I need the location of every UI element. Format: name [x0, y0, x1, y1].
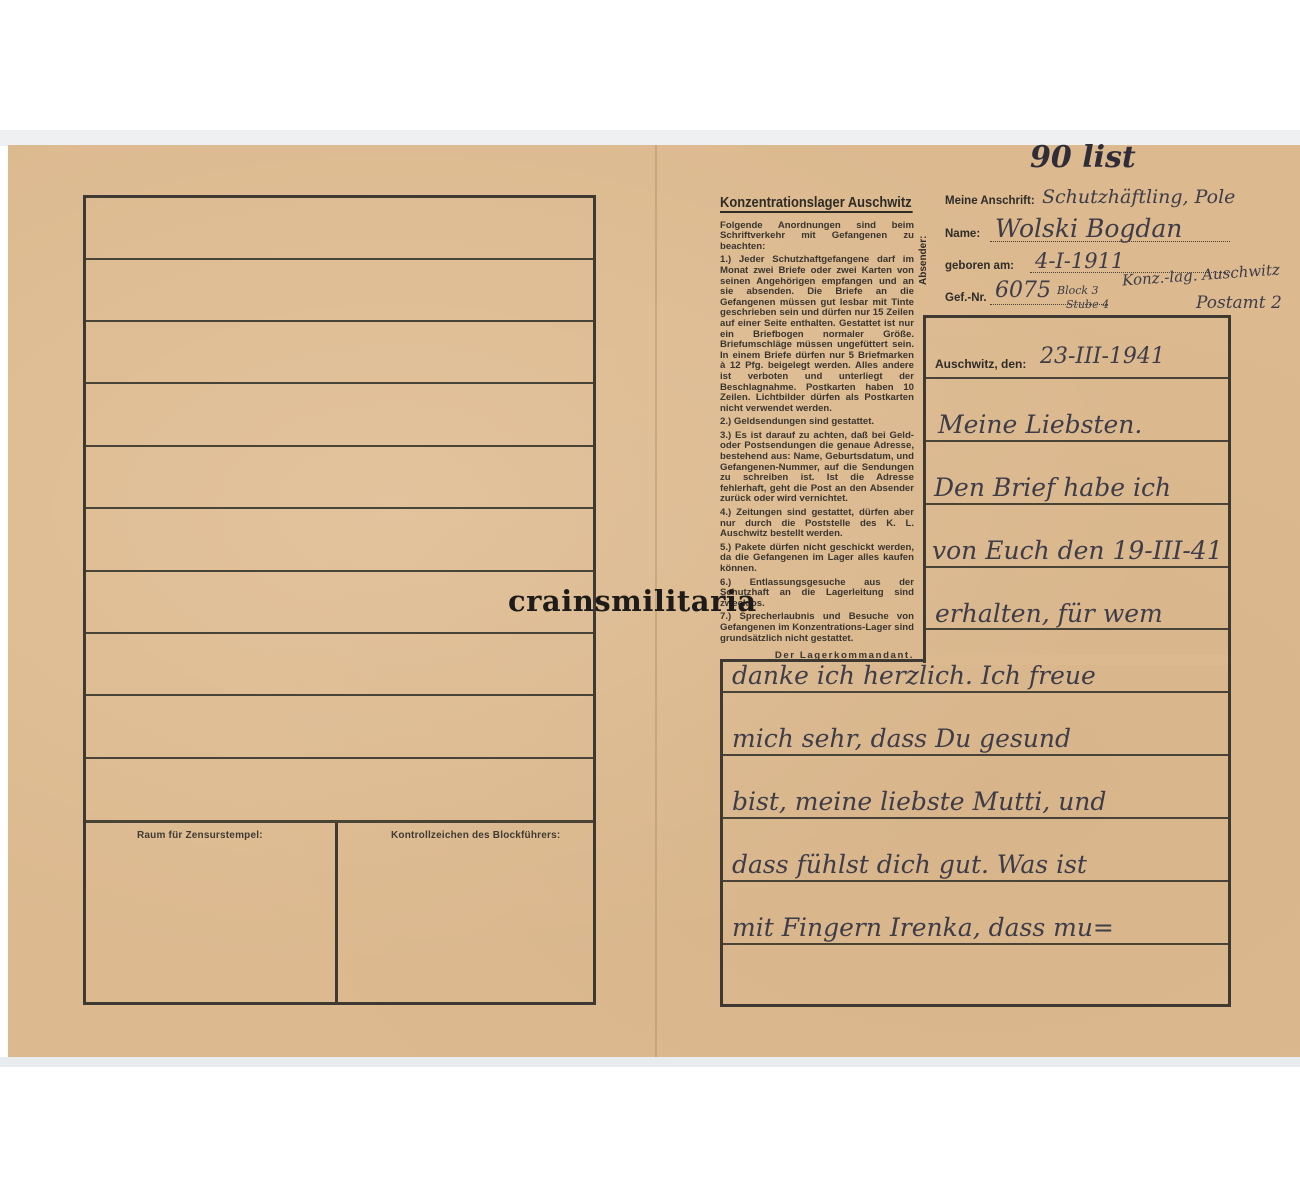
top-annotation: 90 list [1030, 140, 1136, 175]
ruled-line [86, 507, 593, 509]
regulation-item: 1.) Jeder Schutzhaftgefangene darf im Mo… [720, 255, 914, 414]
regulations-intro: Folgende Anordnungen sind beim Schriftve… [720, 221, 914, 253]
regulation-item: 2.) Geldsendungen sind gestattet. [720, 417, 914, 428]
ruled-line [86, 570, 593, 572]
letter-date: 23-III-1941 [1040, 344, 1165, 369]
regulation-item: 3.) Es ist darauf zu achten, daß bei Gel… [720, 431, 914, 505]
born-label: geboren am: [945, 260, 1014, 272]
ruled-line [86, 694, 593, 696]
scan-bottom-edge [0, 1057, 1300, 1067]
writing-line [723, 817, 1228, 819]
writing-line [926, 440, 1228, 442]
born-value: 4-I-1911 [1035, 249, 1124, 273]
writing-line [926, 566, 1228, 568]
writing-line [723, 691, 1228, 693]
letter-line: bist, meine liebste Mutti, und [732, 787, 1106, 816]
box-step-vertical [923, 315, 926, 662]
name-label: Name: [945, 228, 980, 240]
ruled-line [86, 320, 593, 322]
writing-line [723, 880, 1228, 882]
ruled-line [86, 632, 593, 634]
letter-line: danke ich herzlich. Ich freue [732, 661, 1096, 690]
ruled-line [86, 445, 593, 447]
prisoner-number-value: 6075 [995, 278, 1051, 303]
watermark-text: crainsmilitaria [508, 584, 757, 618]
letter-line: Meine Liebsten. [938, 410, 1142, 439]
letter-line: dass fühlst dich gut. Was ist [732, 850, 1087, 879]
writing-line [723, 943, 1228, 945]
writing-line [926, 503, 1228, 505]
post-office-note: Postamt 2 [1196, 293, 1282, 313]
ruled-line [86, 382, 593, 384]
absender-label: Absender: [918, 236, 929, 285]
ruled-line [86, 258, 593, 260]
letter-line: Den Brief habe ich [934, 473, 1171, 502]
regulation-item: 4.) Zeitungen sind gestattet, dürfen abe… [720, 508, 914, 540]
letter-line: von Euch den 19-III-41 [932, 536, 1223, 565]
address-value: Schutzhäftling, Pole [1042, 186, 1235, 208]
letter-line: mit Fingern Irenka, dass mu= [732, 913, 1114, 942]
name-value: Wolski Bogdan [995, 214, 1182, 243]
place-date-label: Auschwitz, den: [935, 357, 1026, 371]
ruled-line [86, 757, 593, 759]
regulations-title: Konzentrationslager Auschwitz [720, 198, 913, 213]
letter-writing-box-lower [720, 659, 1231, 1007]
writing-line [926, 377, 1228, 379]
address-label: Meine Anschrift: [945, 195, 1035, 207]
writing-line [926, 628, 1228, 630]
censor-stamp-label: Raum für Zensurstempel: [137, 830, 263, 841]
censor-vertical-divider [335, 823, 338, 1003]
prisoner-number-label: Gef.-Nr. [945, 292, 987, 304]
block-note: Block 3 [1057, 284, 1099, 297]
writing-line [723, 754, 1228, 756]
block-leader-mark-label: Kontrollzeichen des Blockführers: [391, 830, 560, 841]
room-note: Stube 4 [1066, 298, 1109, 311]
letter-line: mich sehr, dass Du gesund [732, 724, 1071, 753]
letter-line: erhalten, für wem [935, 599, 1163, 628]
regulation-item: 5.) Pakete dürfen nicht geschickt werden… [720, 543, 914, 575]
censor-divider [86, 820, 593, 823]
